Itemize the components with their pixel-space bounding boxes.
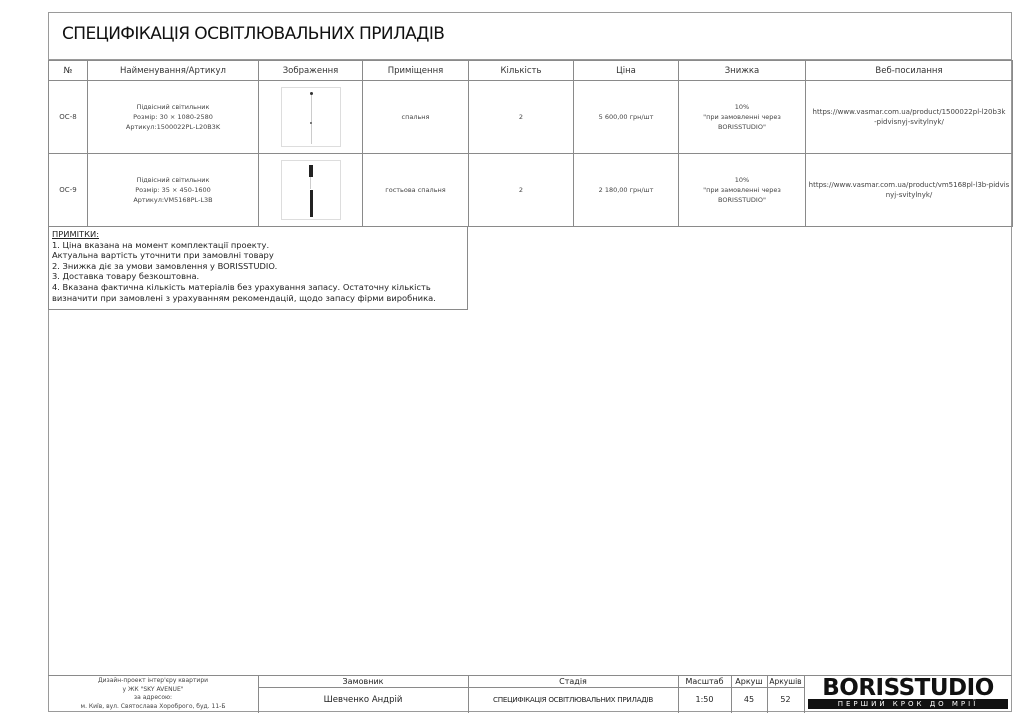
item-size: Розмір: 30 × 1080-2580 xyxy=(90,112,256,122)
item-link[interactable]: https://www.vasmar.com.ua/product/vm5168… xyxy=(806,154,1013,227)
page-title: СПЕЦИФІКАЦІЯ ОСВІТЛЮВАЛЬНИХ ПРИЛАДІВ xyxy=(62,24,444,44)
item-price: 5 600,00 грн/шт xyxy=(574,81,679,154)
item-number: ОС-9 xyxy=(49,154,88,227)
col-header-quantity: Кількість xyxy=(469,61,574,81)
notes-heading: ПРИМІТКИ: xyxy=(52,229,464,240)
scale-value: 1:50 xyxy=(678,688,731,712)
item-room: гостьова спальня xyxy=(363,154,469,227)
scale-label: Масштаб xyxy=(678,676,731,687)
note-line: 4. Вказана фактична кількість матеріалів… xyxy=(52,282,464,293)
table-row: ОС-9 Підвісний світильник Розмір: 35 × 4… xyxy=(49,154,1013,227)
item-name: Підвісний світильник xyxy=(90,102,256,112)
item-number: ОС-8 xyxy=(49,81,88,154)
note-line: 1. Ціна вказана на момент комплектації п… xyxy=(52,240,464,251)
stage-value: СПЕЦИФІКАЦІЯ ОСВІТЛЮВАЛЬНИХ ПРИЛАДІВ xyxy=(468,688,678,712)
brand-logo: BORISSTUDIO ПЕРШИЙ КРОК ДО МРІЇ xyxy=(806,677,1010,711)
item-quantity: 2 xyxy=(469,154,574,227)
col-header-room: Приміщення xyxy=(363,61,469,81)
discount-value: 10% xyxy=(681,102,803,112)
col-header-number: № xyxy=(49,61,88,81)
brand-tagline: ПЕРШИЙ КРОК ДО МРІЇ xyxy=(808,699,1008,709)
discount-note: "при замовленні через BORISSTUDIO" xyxy=(681,112,803,132)
item-discount: 10% "при замовленні через BORISSTUDIO" xyxy=(679,154,806,227)
col-header-link: Веб-посилання xyxy=(806,61,1013,81)
col-header-name: Найменування/Артикул xyxy=(88,61,259,81)
note-line: 2. Знижка діє за умови замовлення у BORI… xyxy=(52,261,464,272)
notes-block: ПРИМІТКИ: 1. Ціна вказана на момент комп… xyxy=(48,227,468,310)
item-link[interactable]: https://www.vasmar.com.ua/product/150002… xyxy=(806,81,1013,154)
item-article: Артикул:VM5168PL-L3B xyxy=(90,195,256,205)
sheets-total-value: 52 xyxy=(767,688,804,712)
table-header-row: № Найменування/Артикул Зображення Приміщ… xyxy=(49,61,1013,81)
note-line: Актуальна вартість уточнити при замовлні… xyxy=(52,250,464,261)
sheets-total-label: Аркушів xyxy=(767,676,804,687)
col-header-discount: Знижка xyxy=(679,61,806,81)
item-room: спальня xyxy=(363,81,469,154)
project-description: Дизайн-проект інтер'єру квартири у ЖК "S… xyxy=(48,677,258,711)
pendant-lamp-thin-image xyxy=(281,87,341,147)
client-value: Шевченко Андрій xyxy=(258,688,468,712)
note-line: визначити при замовлені з урахуванням ре… xyxy=(52,293,464,304)
title-stamp: Дизайн-проект інтер'єру квартири у ЖК "S… xyxy=(48,675,1012,712)
client-label: Замовник xyxy=(258,676,468,687)
col-header-price: Ціна xyxy=(574,61,679,81)
brand-name: BORISSTUDIO xyxy=(806,675,1010,701)
item-quantity: 2 xyxy=(469,81,574,154)
discount-note: "при замовленні через BORISSTUDIO" xyxy=(681,185,803,205)
discount-value: 10% xyxy=(681,175,803,185)
spec-table: № Найменування/Артикул Зображення Приміщ… xyxy=(48,60,1013,227)
item-description: Підвісний світильник Розмір: 35 × 450-16… xyxy=(88,154,259,227)
col-header-image: Зображення xyxy=(259,61,363,81)
item-size: Розмір: 35 × 450-1600 xyxy=(90,185,256,195)
item-image-cell xyxy=(259,154,363,227)
item-discount: 10% "при замовленні через BORISSTUDIO" xyxy=(679,81,806,154)
stage-label: Стадія xyxy=(468,676,678,687)
title-block: СПЕЦИФІКАЦІЯ ОСВІТЛЮВАЛЬНИХ ПРИЛАДІВ xyxy=(48,12,1012,60)
item-description: Підвісний світильник Розмір: 30 × 1080-2… xyxy=(88,81,259,154)
item-name: Підвісний світильник xyxy=(90,175,256,185)
item-price: 2 180,00 грн/шт xyxy=(574,154,679,227)
note-line: 3. Доставка товару безкоштовна. xyxy=(52,271,464,282)
sheet-value: 45 xyxy=(731,688,767,712)
table-row: ОС-8 Підвісний світильник Розмір: 30 × 1… xyxy=(49,81,1013,154)
pendant-lamp-tube-image xyxy=(281,160,341,220)
item-article: Артикул:1500022PL-L20B3K xyxy=(90,122,256,132)
item-image-cell xyxy=(259,81,363,154)
sheet-label: Аркуш xyxy=(731,676,767,687)
